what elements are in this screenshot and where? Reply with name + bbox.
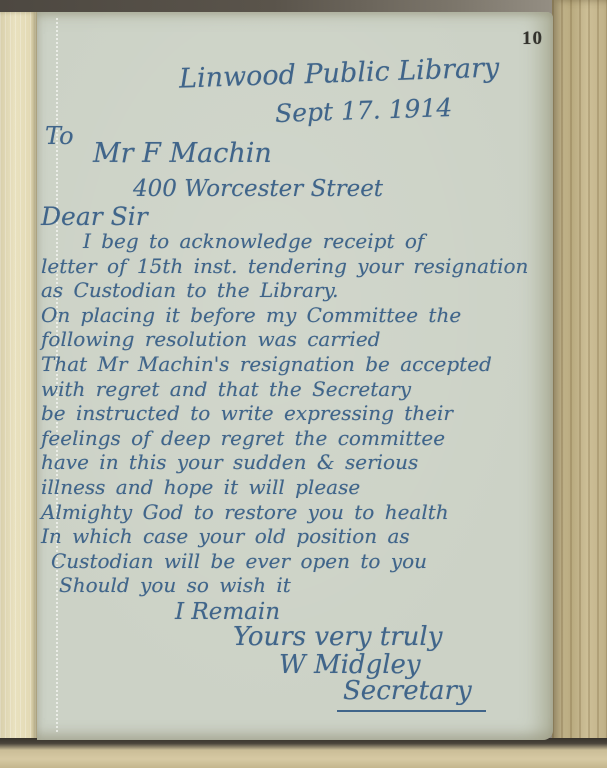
page-fore-edge-left xyxy=(0,12,37,742)
recipient-name: Mr F Machin xyxy=(93,138,272,169)
closing-valediction: Yours very truly xyxy=(233,622,442,652)
recipient-address: 400 Worcester Street xyxy=(133,176,383,202)
body-line: I beg to acknowledge receipt of xyxy=(41,229,549,254)
body-line: In which case your old position as xyxy=(41,524,549,549)
body-line: That Mr Machin's resignation be accepted xyxy=(41,352,549,377)
notebook-page: 10 Linwood Public Library Sept 17. 1914 … xyxy=(37,12,553,740)
salutation: Dear Sir xyxy=(41,202,148,231)
book-binding-edge xyxy=(552,0,607,768)
letterhead-organization: Linwood Public Library xyxy=(179,52,500,94)
book-bottom-edge xyxy=(0,738,607,768)
body-line: feelings of deep regret the committee xyxy=(41,426,549,451)
body-line: have in this your sudden & serious xyxy=(41,450,549,475)
body-line: Should you so wish it xyxy=(41,573,549,598)
body-line: illness and hope it will please xyxy=(41,475,549,500)
signature-title: Secretary xyxy=(337,676,486,712)
body-line: Almighty God to restore you to health xyxy=(41,500,549,525)
body-line: On placing it before my Committee the xyxy=(41,303,549,328)
letter-body: I beg to acknowledge receipt of letter o… xyxy=(41,229,549,598)
body-line: following resolution was carried xyxy=(41,327,549,352)
letterhead-date: Sept 17. 1914 xyxy=(275,93,453,128)
page-number: 10 xyxy=(522,28,543,50)
body-line: Custodian will be ever open to you xyxy=(41,549,549,574)
body-line: with regret and that the Secretary xyxy=(41,377,549,402)
body-line: letter of 15th inst. tendering your resi… xyxy=(41,254,549,279)
scanned-letter-photo: 10 Linwood Public Library Sept 17. 1914 … xyxy=(0,0,607,768)
body-line: as Custodian to the Library. xyxy=(41,278,549,303)
body-line: be instructed to write expressing their xyxy=(41,401,549,426)
recipient-to-word: To xyxy=(45,122,74,150)
